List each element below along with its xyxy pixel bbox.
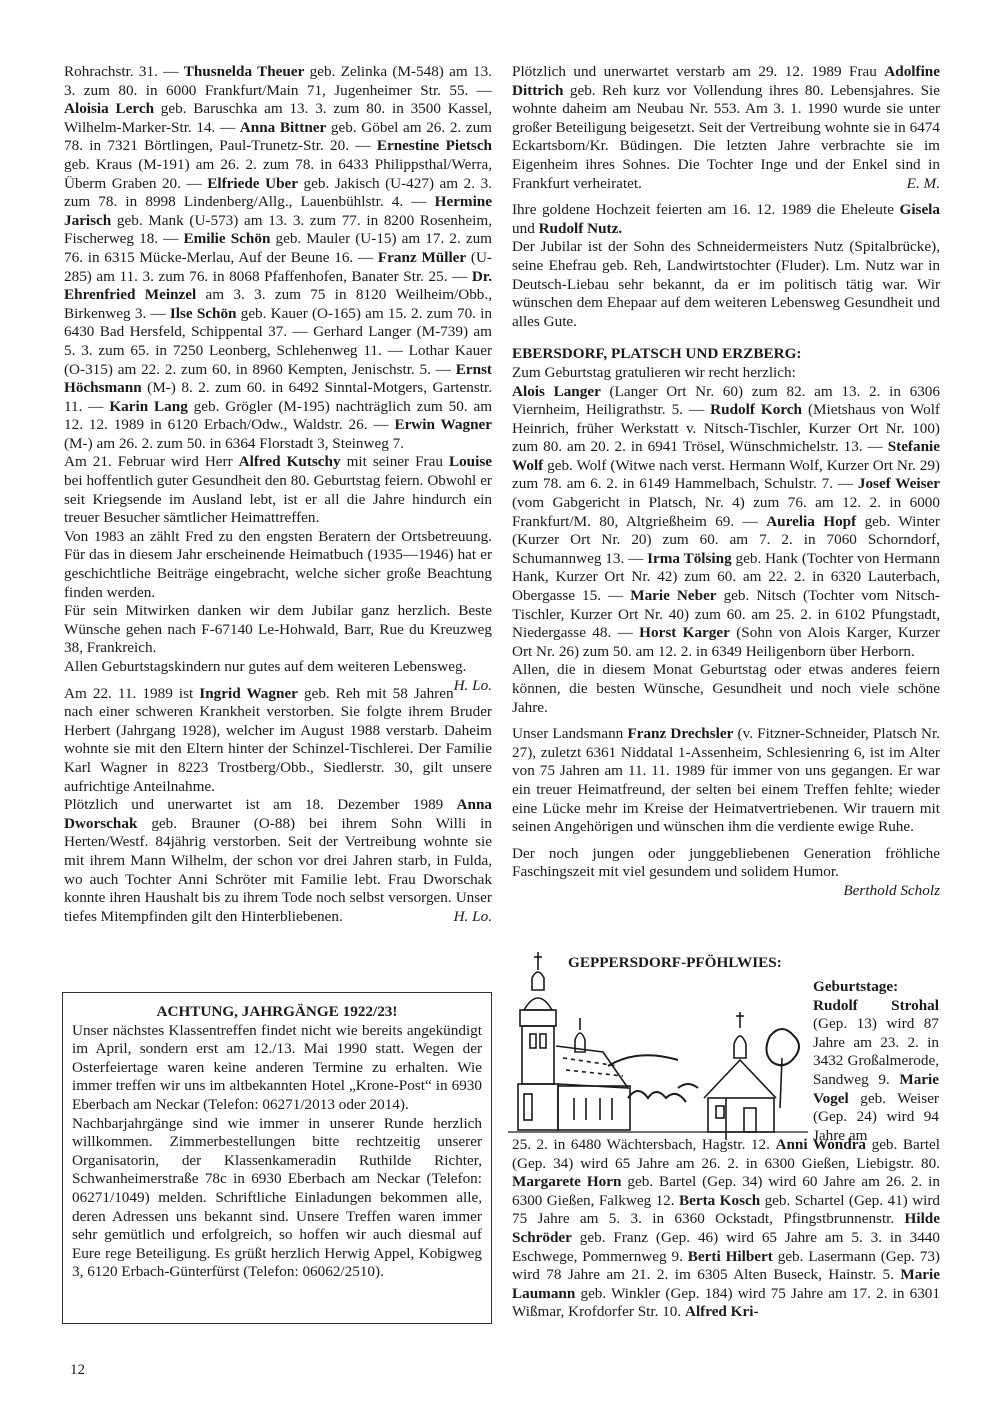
page-number: 12	[70, 1362, 85, 1379]
nutz-paragraph: Der Jubilar ist der Sohn des Schneiderme…	[512, 238, 940, 331]
person-name: Rudolf Korch	[710, 401, 802, 418]
fasching-paragraph: Der noch jungen oder junggebliebenen Gen…	[512, 845, 940, 882]
person-name: Alfred Kutschy	[239, 453, 341, 470]
person-name: Aloisia Lerch	[64, 100, 154, 117]
obituary-dittrich-paragraph: Plötzlich und unerwartet verstarb am 29.…	[512, 63, 940, 193]
person-name: Adolfine Dittrich	[512, 63, 940, 99]
author-signature: H. Lo.	[454, 908, 492, 927]
geppersdorf-birthday-list: 25. 2. in 6480 Wächtersbach, Hagstr. 12.…	[512, 1136, 940, 1322]
church-and-chapel-illustration-icon	[508, 948, 808, 1140]
person-name: Hilde Schröder	[512, 1210, 940, 1246]
obituary-dworschak-text: Plötzlich und unerwartet ist am 18. Deze…	[64, 796, 492, 925]
wishes-text: Allen Geburtstagskindern nur gutes auf d…	[64, 658, 466, 675]
ortsbetreuung-paragraph: Von 1983 an zählt Fred zu den engsten Be…	[64, 528, 492, 602]
person-name: Horst Karger	[639, 624, 730, 641]
person-name: Erwin Wagner	[394, 416, 492, 433]
person-name: Stefanie Wolf	[512, 438, 940, 474]
wishes-paragraph: Allen, die in diesem Monat Geburtstag od…	[512, 661, 940, 717]
person-name: Louise	[449, 453, 492, 470]
left-column: Rohrachstr. 31. — Thusnelda Theuer geb. …	[64, 63, 492, 926]
author-signature: Berthold Scholz	[512, 882, 940, 901]
person-name: Emilie Schön	[183, 230, 270, 247]
obituary-dittrich-text: Plötzlich und unerwartet verstarb am 29.…	[512, 63, 940, 192]
person-name: Rudolf Strohal	[813, 997, 939, 1014]
person-name: Alois Langer	[512, 383, 601, 400]
person-name: Anni Wondra	[775, 1136, 866, 1153]
person-name: Karin Lang	[109, 398, 187, 415]
person-name: Alfred Kri-	[685, 1303, 759, 1320]
person-name: Ernst Höchsmann	[64, 361, 492, 397]
geppersdorf-side-paragraph: Rudolf Strohal (Gep. 13) wird 87 Jahre a…	[813, 997, 939, 1146]
notice-title: ACHTUNG, JAHRGÄNGE 1922/23!	[72, 1003, 482, 1022]
person-name: Thusnelda Theuer	[184, 63, 305, 80]
kutschy-paragraph: Am 21. Februar wird Herr Alfred Kutschy …	[64, 453, 492, 527]
thanks-paragraph: Für sein Mitwirken danken wir dem Jubila…	[64, 602, 492, 658]
person-name: Ernestine Pietsch	[377, 137, 492, 154]
person-name: Anna Dworschak	[64, 796, 492, 832]
section-heading-ebersdorf: EBERSDORF, PLATSCH UND ERZBERG:	[512, 345, 940, 364]
person-name: Aurelia Hopf	[766, 513, 856, 530]
person-name: Elfriede Uber	[207, 175, 298, 192]
person-name: Ingrid Wagner	[199, 685, 298, 702]
birthday-list-paragraph: Rohrachstr. 31. — Thusnelda Theuer geb. …	[64, 63, 492, 453]
ebersdorf-birthday-list: Alois Langer (Langer Ort Nr. 60) zum 82.…	[512, 383, 940, 662]
person-name: Hermine Jarisch	[64, 193, 492, 229]
notice-paragraph-2: Nachbarjahrgänge sind wie immer in unser…	[72, 1115, 482, 1282]
obituary-drechsler-paragraph: Unser Landsmann Franz Drechsler (v. Fitz…	[512, 725, 940, 837]
person-name: Franz Müller	[378, 249, 466, 266]
person-name: Ilse Schön	[170, 305, 237, 322]
person-name: Marie Laumann	[512, 1266, 940, 1302]
person-name: Josef Weiser	[858, 475, 940, 492]
person-name: Berta Kosch	[679, 1192, 760, 1209]
golden-wedding-paragraph: Ihre goldene Hochzeit feierten am 16. 12…	[512, 201, 940, 238]
geppersdorf-continued-text: 25. 2. in 6480 Wächtersbach, Hagstr. 12.…	[512, 1136, 940, 1322]
notice-paragraph-1: Unser nächstes Klassentreffen findet nic…	[72, 1022, 482, 1115]
person-name: Berti Hilbert	[688, 1248, 773, 1265]
person-name: Anna Bittner	[240, 119, 326, 136]
author-signature: E. M.	[907, 175, 940, 194]
section-heading-geppersdorf: GEPPERSDORF-PFÖHLWIES:	[568, 954, 782, 972]
person-name: Irma Tölsing	[647, 550, 732, 567]
person-name: Rudolf Nutz.	[539, 220, 623, 237]
geppersdorf-side-text: Geburtstage: Rudolf Strohal (Gep. 13) wi…	[813, 978, 939, 1145]
geburtstage-heading: Geburtstage:	[813, 978, 939, 997]
person-name: Gisela	[900, 201, 941, 218]
obituary-dworschak-paragraph: Plötzlich und unerwartet ist am 18. Deze…	[64, 796, 492, 926]
obituary-wagner-paragraph: Am 22. 11. 1989 ist Ingrid Wagner geb. R…	[64, 685, 492, 797]
person-name: Franz Drechsler	[627, 725, 733, 742]
right-column: Plötzlich und unerwartet verstarb am 29.…	[512, 63, 940, 901]
person-name: Dr. Ehrenfried Meinzel	[64, 268, 492, 304]
notice-box: ACHTUNG, JAHRGÄNGE 1922/23! Unser nächst…	[62, 992, 492, 1324]
person-name: Margarete Horn	[512, 1173, 621, 1190]
wishes-paragraph: Allen Geburtstagskindern nur gutes auf d…	[64, 658, 492, 677]
section-intro: Zum Geburtstag gratulieren wir recht her…	[512, 364, 940, 383]
author-signature: H. Lo.	[454, 677, 492, 696]
person-name: Marie Neber	[630, 587, 716, 604]
person-name: Marie Vogel	[813, 1071, 939, 1107]
